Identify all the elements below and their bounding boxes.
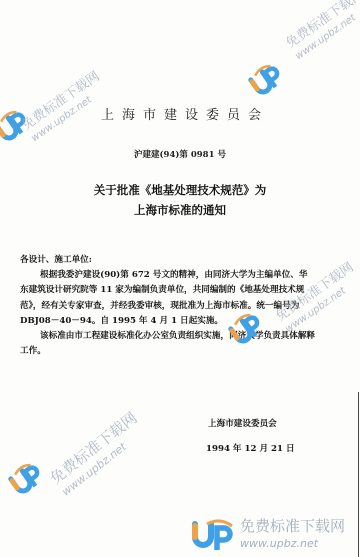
watermark-cn-text: 免费标准下载网 <box>284 0 360 51</box>
salutation: 各设计、施工单位: <box>20 253 316 268</box>
page-edge-line <box>358 392 359 557</box>
title-line-2: 上海市标准的通知 <box>0 200 360 220</box>
paragraph-1: 根据我委沪建设(90)第 672 号文的精神，由同济大学为主编单位、华东建筑设计… <box>20 268 316 329</box>
document-page: 上海市建设委员会 沪建建(94)第 0981 号 关于批准《地基处理技术规范》为… <box>0 0 360 557</box>
watermark-top-right: 免费标准下载网 www.upbz.net <box>248 22 360 102</box>
watermark-cn-text: 免费标准下载网 <box>20 70 102 133</box>
signature-organization: 上海市建设委员会 <box>208 417 277 429</box>
document-body: 各设计、施工单位: 根据我委沪建设(90)第 672 号文的精神，由同济大学为主… <box>20 253 316 359</box>
watermark-left-upper: 免费标准下载网 www.upbz.net <box>0 52 124 147</box>
watermark-bottom: 免费标准下载网 www.upbz.net <box>190 514 360 556</box>
watermark-cn-text: 免费标准下载网 <box>48 410 140 486</box>
watermark-cn-text: 免费标准下载网 <box>240 519 345 534</box>
watermark-url-text: www.upbz.net <box>60 441 128 498</box>
watermark-left-lower: 免费标准下载网 www.upbz.net <box>4 395 154 505</box>
document-title: 关于批准《地基处理技术规范》为 上海市标准的通知 <box>0 180 360 220</box>
watermark-url-text: www.upbz.net <box>240 538 318 549</box>
paragraph-2: 该标准由市工程建设标准化办公室负责组织实施，同济大学负责具体解释工作。 <box>20 329 316 359</box>
document-number: 沪建建(94)第 0981 号 <box>0 148 360 160</box>
signature-date: 1994 年 12 月 21 日 <box>206 442 295 454</box>
up-logo-icon <box>248 64 282 98</box>
up-logo-icon <box>8 463 42 497</box>
title-line-1: 关于批准《地基处理技术规范》为 <box>0 180 360 200</box>
up-logo-icon <box>190 518 236 552</box>
issuer-heading: 上海市建设委员会 <box>0 104 360 123</box>
watermark-url-text: www.upbz.net <box>294 13 358 62</box>
